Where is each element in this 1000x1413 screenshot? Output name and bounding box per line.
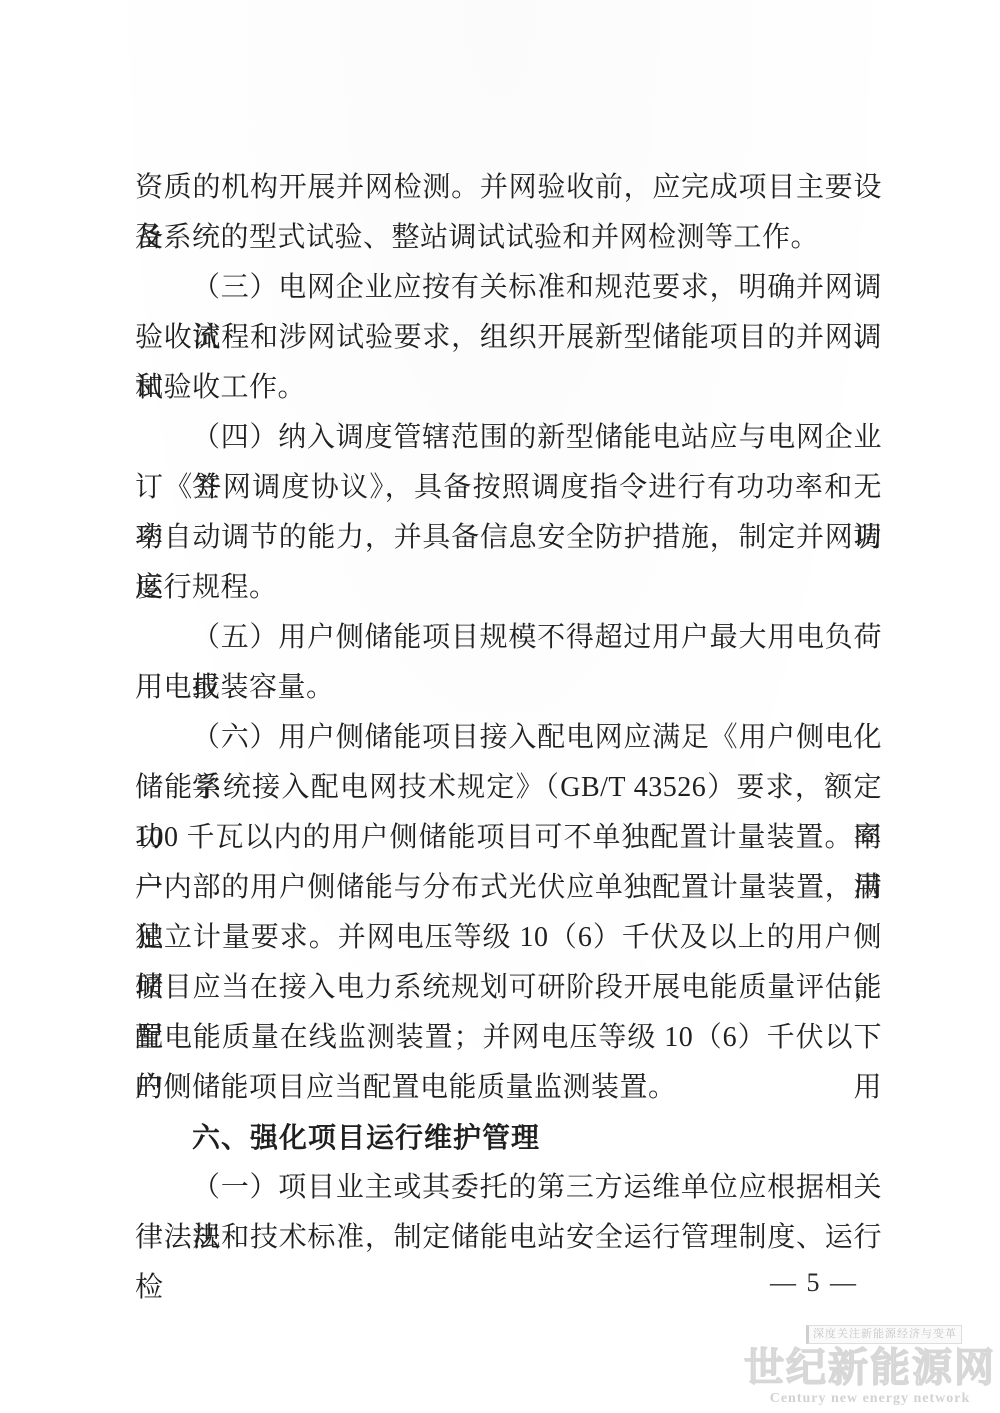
watermark-slogan: 深度关注新能源经济与变革: [806, 1325, 962, 1344]
document-page: 资质的机构开展并网检测。并网验收前，应完成项目主要设备及系统的型式试验、整站调试…: [0, 0, 1000, 1413]
text-line: 用电报装容量。: [135, 663, 882, 713]
text-line: （五）用户侧储能项目规模不得超过用户最大用电负荷或: [135, 613, 882, 663]
text-line: 运行规程。: [135, 563, 882, 613]
text-line: 项目应当在接入电力系统规划可研阶段开展电能质量评估，配: [135, 963, 882, 1013]
text-line: 订《并网调度协议》，具备按照调度指令进行有功功率和无功功: [135, 463, 882, 513]
watermark-english-text: Century new energy network: [742, 1391, 998, 1407]
section-heading: 六、强化项目运行维护管理: [135, 1113, 882, 1163]
document-body-text: 资质的机构开展并网检测。并网验收前，应完成项目主要设备及系统的型式试验、整站调试…: [135, 163, 882, 1263]
text-line: （六）用户侧储能项目接入配电网应满足《用户侧电化学: [135, 713, 882, 763]
text-line: 律法规和技术标准，制定储能电站安全运行管理制度、运行检: [135, 1213, 882, 1263]
text-line: 独立计量要求。并网电压等级 10（6）千伏及以上的用户侧储能: [135, 913, 882, 963]
page-number: — 5 —: [770, 1268, 850, 1298]
text-line: 户内部的用户侧储能与分布式光伏应单独配置计量装置，满足: [135, 863, 882, 913]
text-line: 及系统的型式试验、整站调试试验和并网检测等工作。: [135, 213, 882, 263]
text-line: （三）电网企业应按有关标准和规范要求，明确并网调试、: [135, 263, 882, 313]
watermark: 深度关注新能源经济与变革 世纪新能源网 Century new energy n…: [742, 1324, 998, 1407]
text-line: （一）项目业主或其委托的第三方运维单位应根据相关法: [135, 1163, 882, 1213]
text-line: 和验收工作。: [135, 363, 882, 413]
watermark-brand-text: 世纪新能源网: [742, 1345, 998, 1391]
text-line: 资质的机构开展并网检测。并网验收前，应完成项目主要设备: [135, 163, 882, 213]
text-line: 验收流程和涉网试验要求，组织开展新型储能项目的并网调试: [135, 313, 882, 363]
text-line: 100 千瓦以内的用户侧储能项目可不单独配置计量装置。同一用: [135, 813, 882, 863]
text-line: 置电能质量在线监测装置；并网电压等级 10（6）千伏以下的用: [135, 1013, 882, 1063]
text-line: （四）纳入调度管辖范围的新型储能电站应与电网企业签: [135, 413, 882, 463]
text-line: 率自动调节的能力，并具备信息安全防护措施，制定并网调度: [135, 513, 882, 563]
text-line: 储能系统接入配电网技术规定》（GB/T 43526）要求，额定功率: [135, 763, 882, 813]
